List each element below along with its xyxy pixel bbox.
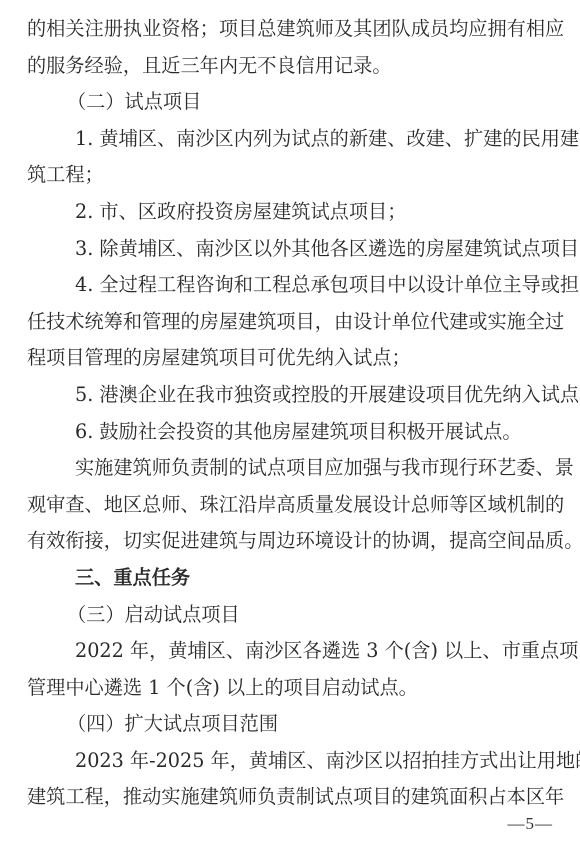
text-line: 筑工程； xyxy=(27,157,554,194)
text-line: 的相关注册执业资格；项目总建筑师及其团队成员均应拥有相应 xyxy=(27,11,554,48)
text-line: 管理中心遴选 1 个(含) 以上的项目启动试点。 xyxy=(27,670,554,707)
text-line: 建筑工程，推动实施建筑师负责制试点项目的建筑面积占本区年 xyxy=(27,779,554,816)
paragraph-line: 2023 年-2025 年，黄埔区、南沙区以招拍挂方式出让用地的 xyxy=(27,743,554,780)
list-item: 2. 市、区政府投资房屋建筑试点项目； xyxy=(27,194,554,231)
subsection-heading: （三）启动试点项目 xyxy=(27,597,554,634)
list-item: 6. 鼓励社会投资的其他房屋建筑项目积极开展试点。 xyxy=(27,414,554,451)
subsection-heading: （二）试点项目 xyxy=(27,84,554,121)
page-number: —5— xyxy=(508,814,554,834)
text-line: 任技术统筹和管理的房屋建筑项目，由设计单位代建或实施全过 xyxy=(27,304,554,341)
text-line: 有效衔接，切实促进建筑与周边环境设计的协调，提高空间品质。 xyxy=(27,523,554,560)
subsection-heading: （四）扩大试点项目范围 xyxy=(27,706,554,743)
paragraph-line: 2022 年，黄埔区、南沙区各遴选 3 个(含) 以上、市重点项目 xyxy=(27,633,554,670)
document-page: 的相关注册执业资格；项目总建筑师及其团队成员均应拥有相应 的服务经验，且近三年内… xyxy=(27,11,554,816)
list-item: 3. 除黄埔区、南沙区以外其他各区遴选的房屋建筑试点项目； xyxy=(27,231,554,268)
list-item: 1. 黄埔区、南沙区内列为试点的新建、改建、扩建的民用建 xyxy=(27,121,554,158)
list-item: 5. 港澳企业在我市独资或控股的开展建设项目优先纳入试点； xyxy=(27,377,554,414)
text-line: 程项目管理的房屋建筑项目可优先纳入试点； xyxy=(27,340,554,377)
list-item: 4. 全过程工程咨询和工程总承包项目中以设计单位主导或担 xyxy=(27,267,554,304)
text-line: 的服务经验，且近三年内无不良信用记录。 xyxy=(27,48,554,85)
section-heading: 三、重点任务 xyxy=(27,560,554,597)
text-line: 观审查、地区总师、珠江沿岸高质量发展设计总师等区域机制的 xyxy=(27,487,554,524)
paragraph-line: 实施建筑师负责制的试点项目应加强与我市现行环艺委、景 xyxy=(27,450,554,487)
